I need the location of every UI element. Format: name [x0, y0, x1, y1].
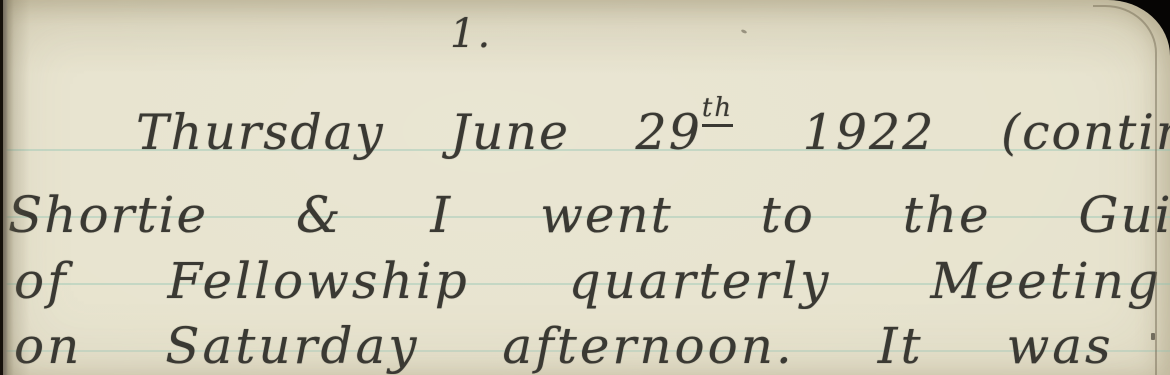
ink-speck	[741, 29, 748, 34]
date-heading-line: Thursday June 29th 1922 (continued).	[136, 108, 1170, 157]
page-number: 1.	[450, 14, 492, 54]
date-text-pre: Thursday June 29	[136, 104, 702, 161]
handwritten-line: on Saturday afternoon. It was	[14, 321, 1114, 371]
scan-background: 1. Thursday June 29th 1922 (continued). …	[0, 0, 1170, 375]
handwritten-line: of Fellowship quarterly Meeting	[14, 256, 1162, 306]
diary-page: 1. Thursday June 29th 1922 (continued). …	[0, 0, 1170, 375]
handwritten-line: Shortie & I went to the Guild	[8, 190, 1170, 240]
binding-edge-shadow	[0, 0, 30, 375]
date-text-post: 1922 (continued).	[737, 104, 1170, 161]
ordinal-suffix: th	[702, 93, 733, 127]
ink-speck	[1151, 333, 1155, 340]
